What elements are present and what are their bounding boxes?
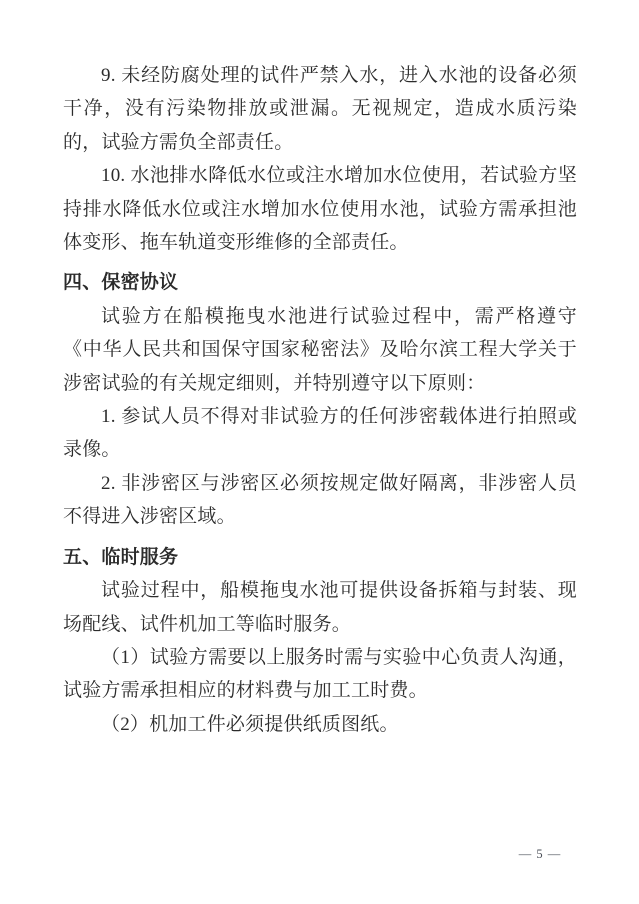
paragraph: 试验过程中，船模拖曳水池可提供设备拆箱与封装、现场配线、试件机加工等临时服务。 bbox=[63, 574, 577, 641]
paragraph: 2. 非涉密区与涉密区必须按规定做好隔离，非涉密人员不得进入涉密区域。 bbox=[63, 467, 577, 534]
page-number: — 5 — bbox=[500, 847, 580, 862]
document-body: 9. 未经防腐处理的试件严禁入水，进入水池的设备必须干净，没有污染物排放或泄漏。… bbox=[0, 0, 639, 741]
paragraph: 1. 参试人员不得对非试验方的任何涉密载体进行拍照或录像。 bbox=[63, 400, 577, 467]
paragraph: （1）试验方需要以上服务时需与实验中心负责人沟通，试验方需承担相应的材料费与加工… bbox=[63, 641, 577, 708]
section-heading: 四、保密协议 bbox=[63, 266, 577, 299]
paragraph: 试验方在船模拖曳水池进行试验过程中，需严格遵守《中华人民共和国保守国家秘密法》及… bbox=[63, 300, 577, 400]
paragraph: 9. 未经防腐处理的试件严禁入水，进入水池的设备必须干净，没有污染物排放或泄漏。… bbox=[63, 59, 577, 159]
document-page: 9. 未经防腐处理的试件严禁入水，进入水池的设备必须干净，没有污染物排放或泄漏。… bbox=[0, 0, 639, 904]
paragraph: （2）机加工件必须提供纸质图纸。 bbox=[63, 708, 577, 741]
paragraph: 10. 水池排水降低水位或注水增加水位使用，若试验方坚持排水降低水位或注水增加水… bbox=[63, 159, 577, 259]
section-heading: 五、临时服务 bbox=[63, 541, 577, 574]
